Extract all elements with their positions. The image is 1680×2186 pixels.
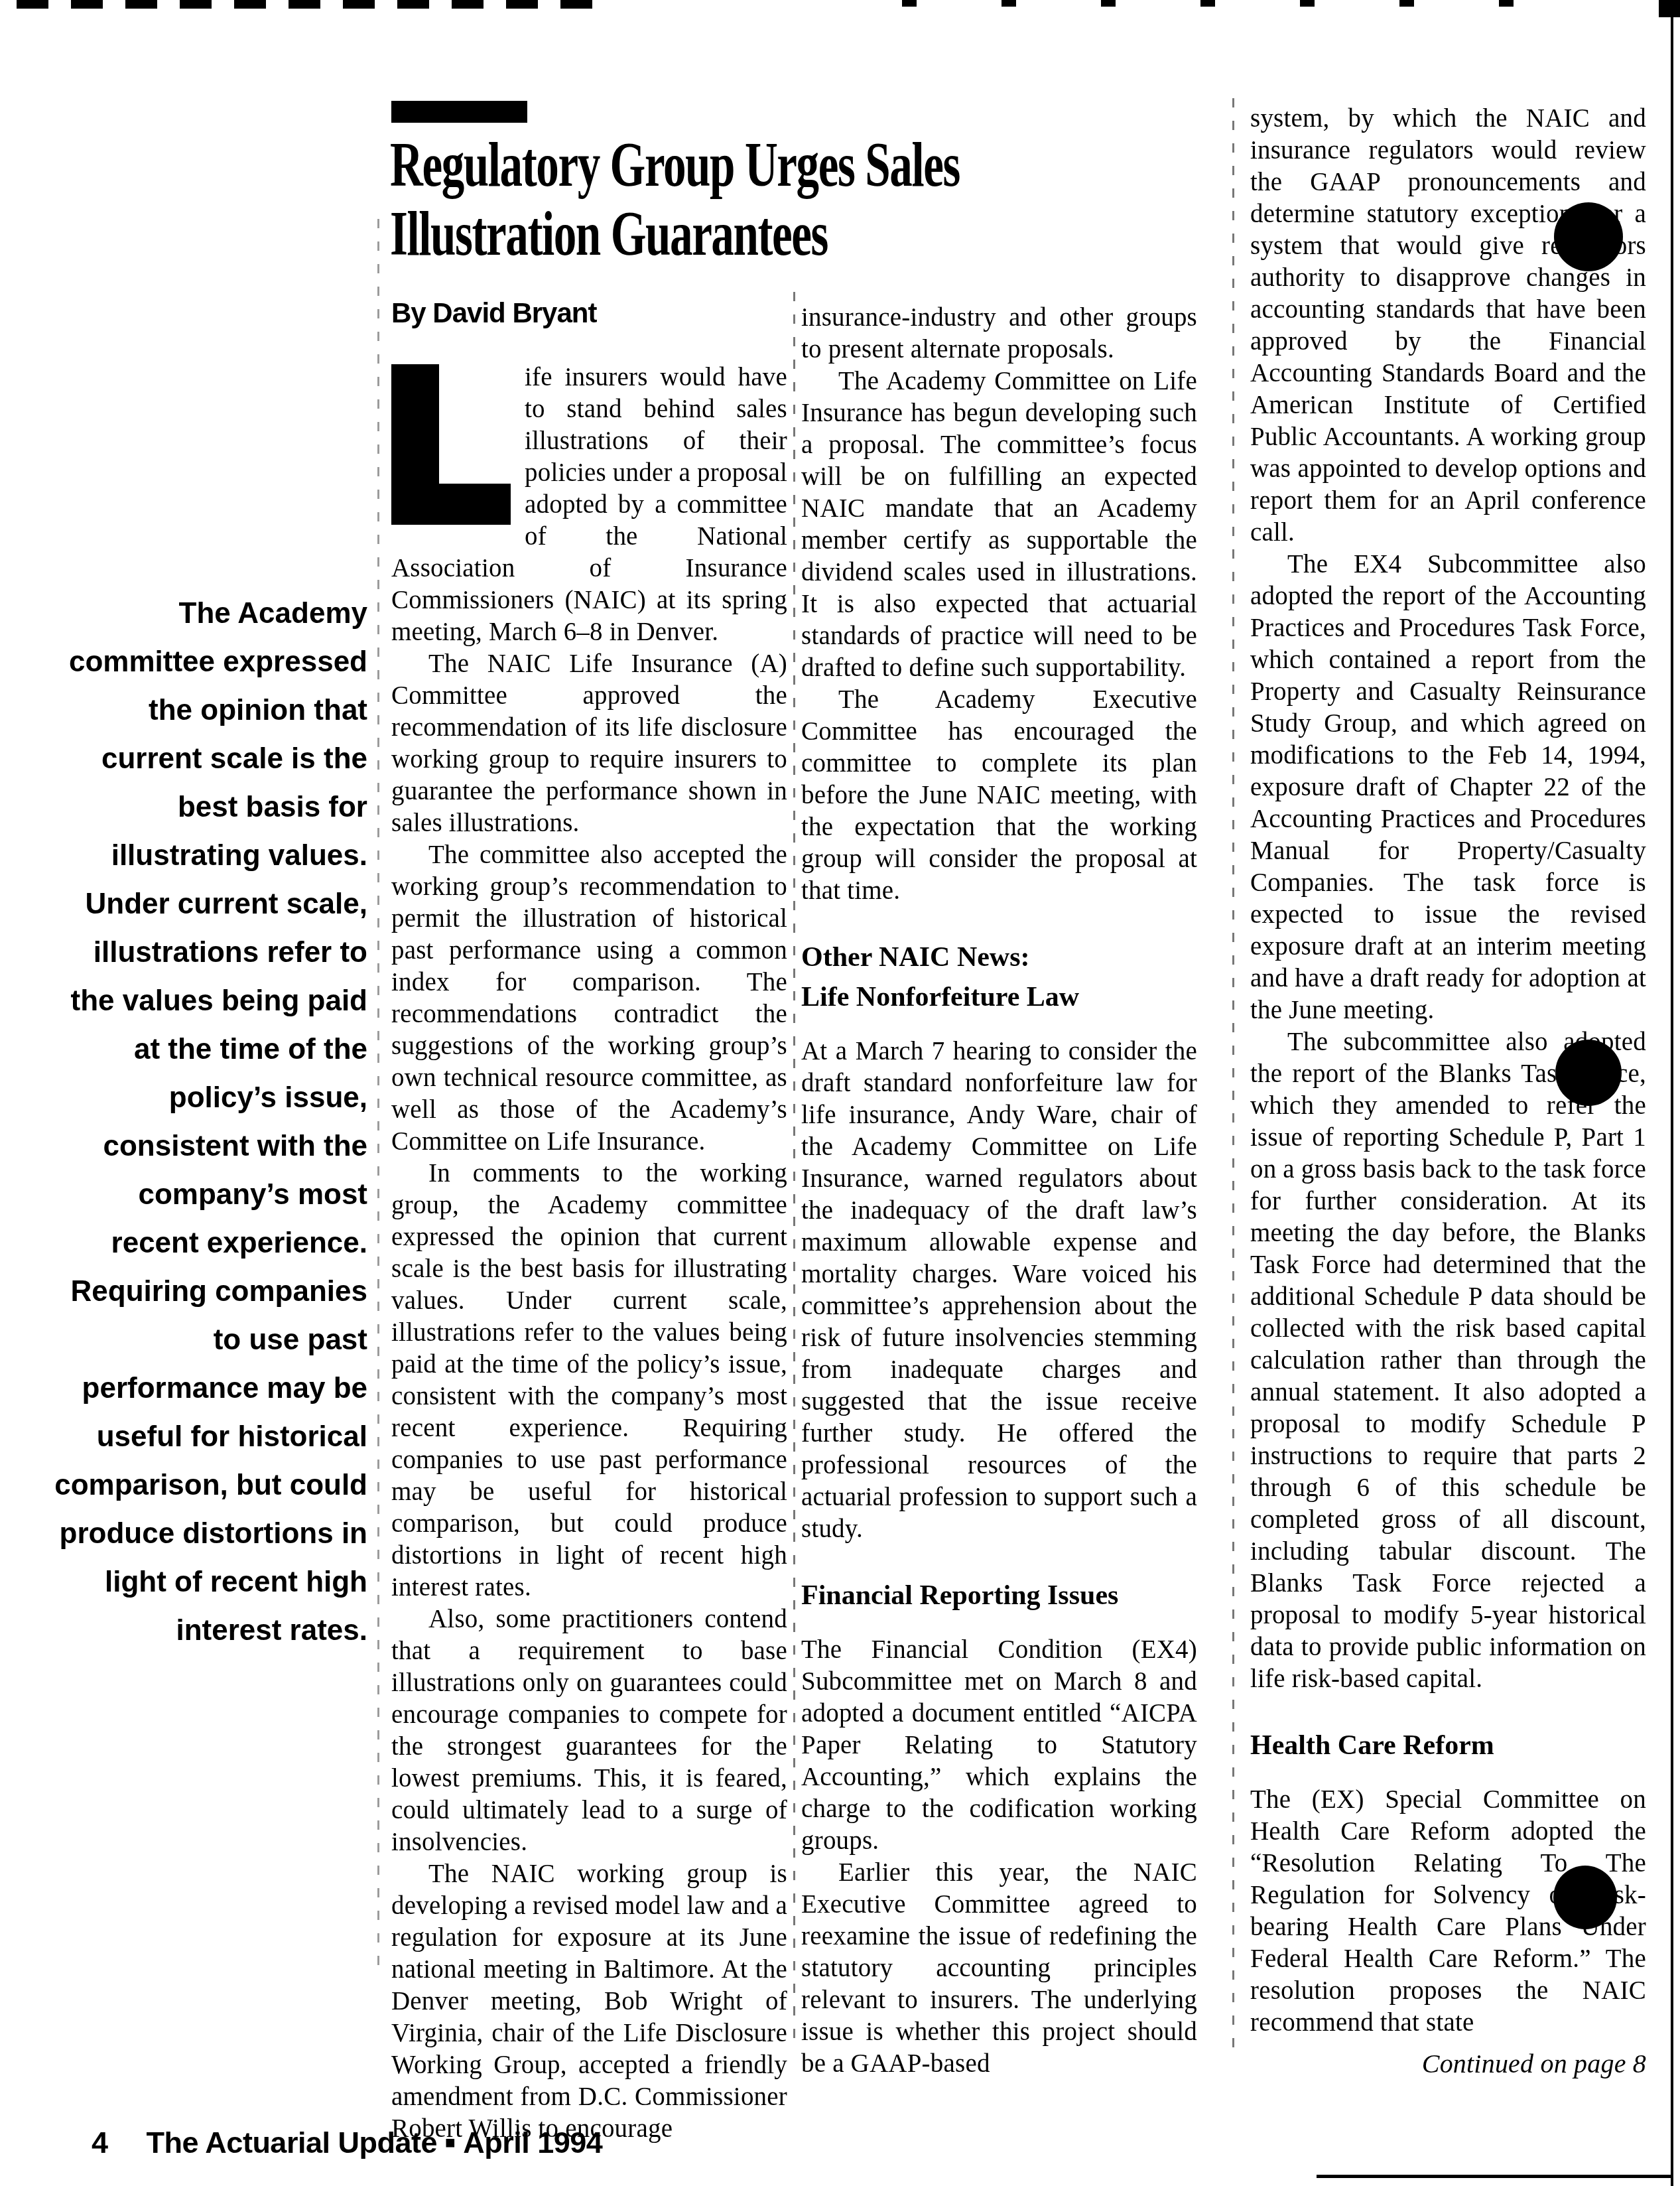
paragraph: insurance-industry and other groups to p… <box>801 302 1197 366</box>
headline-line-1: Regulatory Group Urges Sales <box>390 130 960 199</box>
headline: Regulatory Group Urges Sales Illustratio… <box>390 130 1181 268</box>
body-column-2: insurance-industry and other groups to p… <box>801 302 1197 2080</box>
footer-page-number: 4 <box>92 2126 108 2159</box>
scan-artifact <box>17 0 600 9</box>
drop-cap: L <box>391 364 514 525</box>
page: Regulatory Group Urges Sales Illustratio… <box>0 0 1680 2186</box>
body-column-1: L ife insurers would have to stand behin… <box>391 362 787 2145</box>
paragraph: The committee also accepted the working … <box>391 839 787 1158</box>
paragraph: Also, some practitioners contend that a … <box>391 1604 787 1858</box>
paragraph: L ife insurers would have to stand behin… <box>391 362 787 648</box>
pull-quote: The Academy committee expressed the opin… <box>45 589 367 1655</box>
paragraph: The Academy Executive Committee has enco… <box>801 684 1197 907</box>
paragraph: The Financial Condition (EX4) Subcommitt… <box>801 1634 1197 1857</box>
continued-note: Continued on page 8 <box>1250 2048 1646 2080</box>
ink-blot <box>1553 1866 1617 1929</box>
paragraph: At a March 7 hearing to consider the dra… <box>801 1036 1197 1545</box>
paragraph: The Academy Committee on Life Insurance … <box>801 366 1197 684</box>
headline-line-2: Illustration Guarantees <box>390 199 960 268</box>
paragraph: system, by which the NAIC and insurance … <box>1250 103 1646 549</box>
drop-cap-foot <box>391 484 511 525</box>
kicker-bar <box>391 101 527 123</box>
right-edge-rule <box>1671 0 1673 2186</box>
scan-artifact <box>902 0 1565 7</box>
footer-bullet-icon: ■ <box>445 2132 455 2152</box>
section-heading: Financial Reporting Issues <box>801 1576 1197 1615</box>
scan-artifact <box>1659 0 1680 17</box>
section-heading: Health Care Reform <box>1250 1726 1646 1765</box>
ink-blot <box>1555 1040 1622 1106</box>
paragraph: The NAIC Life Insurance (A) Committee ap… <box>391 648 787 839</box>
bottom-rule <box>1317 2175 1673 2178</box>
section-heading-line-1: Other NAIC News: <box>801 937 1197 977</box>
page-footer: 4The Actuarial Update■April 1994 <box>92 2126 602 2160</box>
column-divider <box>377 219 379 1977</box>
paragraph: Earlier this year, the NAIC Executive Co… <box>801 1857 1197 2080</box>
footer-publication: The Actuarial Update <box>147 2126 437 2159</box>
paragraph: The subcommittee also adopted the report… <box>1250 1026 1646 1695</box>
column-divider <box>793 292 795 2047</box>
paragraph: The NAIC working group is developing a r… <box>391 1858 787 2145</box>
section-heading-line-2: Life Nonforfeiture Law <box>801 977 1197 1017</box>
section-heading: Other NAIC News: Life Nonforfeiture Law <box>801 937 1197 1017</box>
paragraph: In comments to the working group, the Ac… <box>391 1158 787 1604</box>
ink-blot <box>1554 202 1623 271</box>
byline: By David Bryant <box>391 297 596 329</box>
column-divider <box>1232 98 1234 2057</box>
paragraph: The EX4 Subcommittee also adopted the re… <box>1250 549 1646 1026</box>
footer-date: April 1994 <box>463 2126 602 2159</box>
